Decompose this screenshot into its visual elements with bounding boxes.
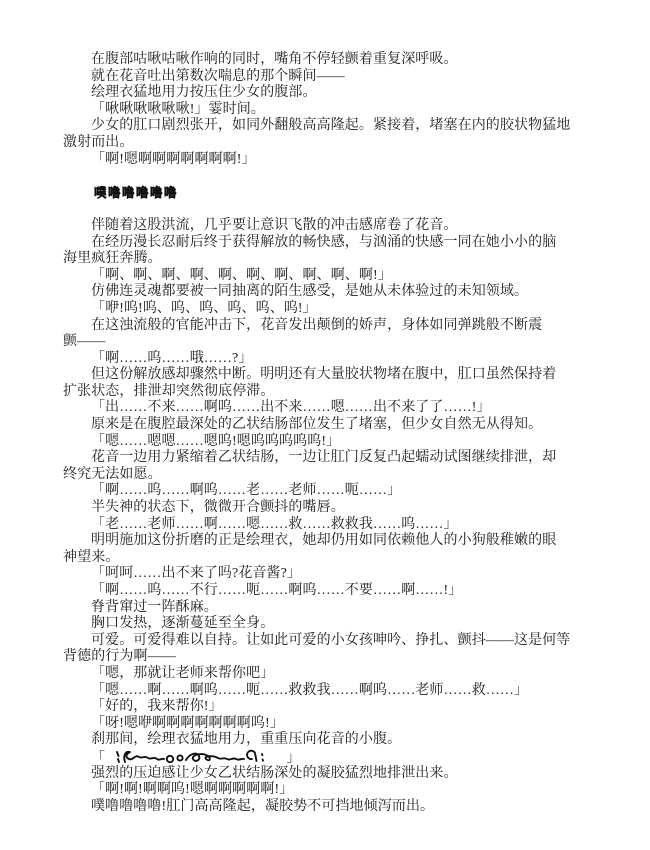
text-line: 刹那间，绘理衣猛地用力，重重压向花音的小腹。 — [63, 732, 593, 749]
text-line: 终究无法如愿。 — [63, 467, 593, 484]
document-lines: 在腹部咕啾咕啾作响的同时，嘴角不停轻颤着重复深呼吸。就在花音吐出第数次喘息的那个… — [63, 52, 593, 815]
text-line: 「呵呵……出不来了吗?花音酱?」 — [63, 566, 593, 583]
text-line: 胸口发热，逐渐蔓延至全身。 — [63, 616, 593, 633]
quote-open-bracket: 「 — [91, 751, 105, 766]
text-line: 可爱。可爱得难以自持。让如此可爱的小女孩呻吟、挣扎、颤抖——这是何等 — [63, 633, 593, 650]
text-line: 「嗯……啊……啊呜……呃……救救我……啊呜……老师……救……」 — [63, 683, 593, 700]
text-line: 明明施加这份折磨的正是绘理衣，她却仍用如同依赖他人的小狗般稚嫩的眼 — [63, 533, 593, 550]
text-line: 少女的肛口剧烈张开，如同外翻般高高隆起。紧接着，堵塞在内的胶状物猛地 — [63, 118, 593, 135]
text-line: 仿佛连灵魂都要被一同抽离的陌生感受，是她从未体验过的未知领域。 — [63, 284, 593, 301]
text-line: 就在花音吐出第数次喘息的那个瞬间—— — [63, 69, 593, 86]
text-line: 「啊……呜……不行……呃……啊呜……不要……啊……!」 — [63, 583, 593, 600]
text-line: 「好的，我来帮你!」 — [63, 699, 593, 716]
text-line: 背德的行为啊—— — [63, 649, 593, 666]
text-line: 绘理衣猛地用力按压住少女的腹部。 — [63, 85, 593, 102]
text-line: 脊背窜过一阵酥麻。 — [63, 600, 593, 617]
text-line: 「嗯……嗯嗯……嗯呜!嗯呜呜呜呜呜!」 — [63, 434, 593, 451]
text-line: 扩张状态，排泄却突然彻底停滞。 — [63, 384, 593, 401]
text-line: 半失神的状态下，微微开合颤抖的嘴唇。 — [63, 500, 593, 517]
text-line: 「啊……呜……哦……?」 — [63, 351, 593, 368]
text-line: 在这浊流般的官能冲击下，花音发出颠倒的娇声，身体如同弹跳般不断震 — [63, 318, 593, 335]
blank-line — [63, 201, 593, 218]
text-line: 「嗯，那就让老师来帮你吧」 — [63, 666, 593, 683]
text-line: 「啊!啊!啊啊呜!嗯啊啊啊啊啊!」 — [63, 782, 593, 799]
text-line: 「出……不来……啊呜……出不来……嗯……出不来了了……!」 — [63, 400, 593, 417]
text-line: 海里疯狂奔腾。 — [63, 251, 593, 268]
text-line: 颤—— — [63, 334, 593, 351]
text-line: 噗噜噜噜噜!肛门高高隆起，凝胶势不可挡地倾泻而出。 — [63, 799, 593, 816]
page: 在腹部咕啾咕啾作响的同时，嘴角不停轻颤着重复深呼吸。就在花音吐出第数次喘息的那个… — [0, 0, 650, 850]
text-line: 「啊……呜……啊呜……老……老师……呃……」 — [63, 483, 593, 500]
text-line: 强烈的压迫感让少女乙状结肠深处的凝胶猛烈地排泄出来。 — [63, 766, 593, 783]
quote-close-bracket: 」 — [286, 751, 300, 766]
text-line: 在经历漫长忍耐后终于获得解放的畅快感，与汹涌的快感一同在她小小的脑 — [63, 235, 593, 252]
text-line: 伴随着这股洪流，几乎要让意识飞散的冲击感席卷了花音。 — [63, 218, 593, 235]
text-line: 「啊、啊、啊、啊、啊、啊、啊、啊、啊、啊!」 — [63, 268, 593, 285]
text-line: 原来是在腹腔最深处的乙状结肠部位发生了堵塞，但少女自然无从得知。 — [63, 417, 593, 434]
scribble-scream-icon — [112, 749, 280, 765]
text-line: 激射而出。 — [63, 135, 593, 152]
text-line: 「啾啾啾啾啾啾!」霎时间。 — [63, 102, 593, 119]
text-line: 在腹部咕啾咕啾作响的同时，嘴角不停轻颤着重复深呼吸。 — [63, 52, 593, 69]
blank-line — [63, 168, 593, 185]
text-line: 「呀!嗯咿啊啊啊啊啊啊啊呜!」 — [63, 716, 593, 733]
section-header: 噗噜噜噜噜噜 — [63, 185, 593, 202]
text-line: 但这份解放感却骤然中断。明明还有大量胶状物堵在腹中，肛口虽然保持着 — [63, 367, 593, 384]
text-line: 神望来。 — [63, 550, 593, 567]
text-line: 「啊!嗯啊啊啊啊啊啊啊!」 — [63, 152, 593, 169]
text-line: 花音一边用力紧缩着乙状结肠，一边让肛门反复凸起蠕动试图继续排泄，却 — [63, 450, 593, 467]
text-line: 「咿!呜!呜、呜、呜、呜、呜、呜!」 — [63, 301, 593, 318]
text-line: 「老……老师……啊……嗯……救……救救我……呜……」 — [63, 517, 593, 534]
scribble-quote-line: 「 」 — [63, 749, 593, 766]
